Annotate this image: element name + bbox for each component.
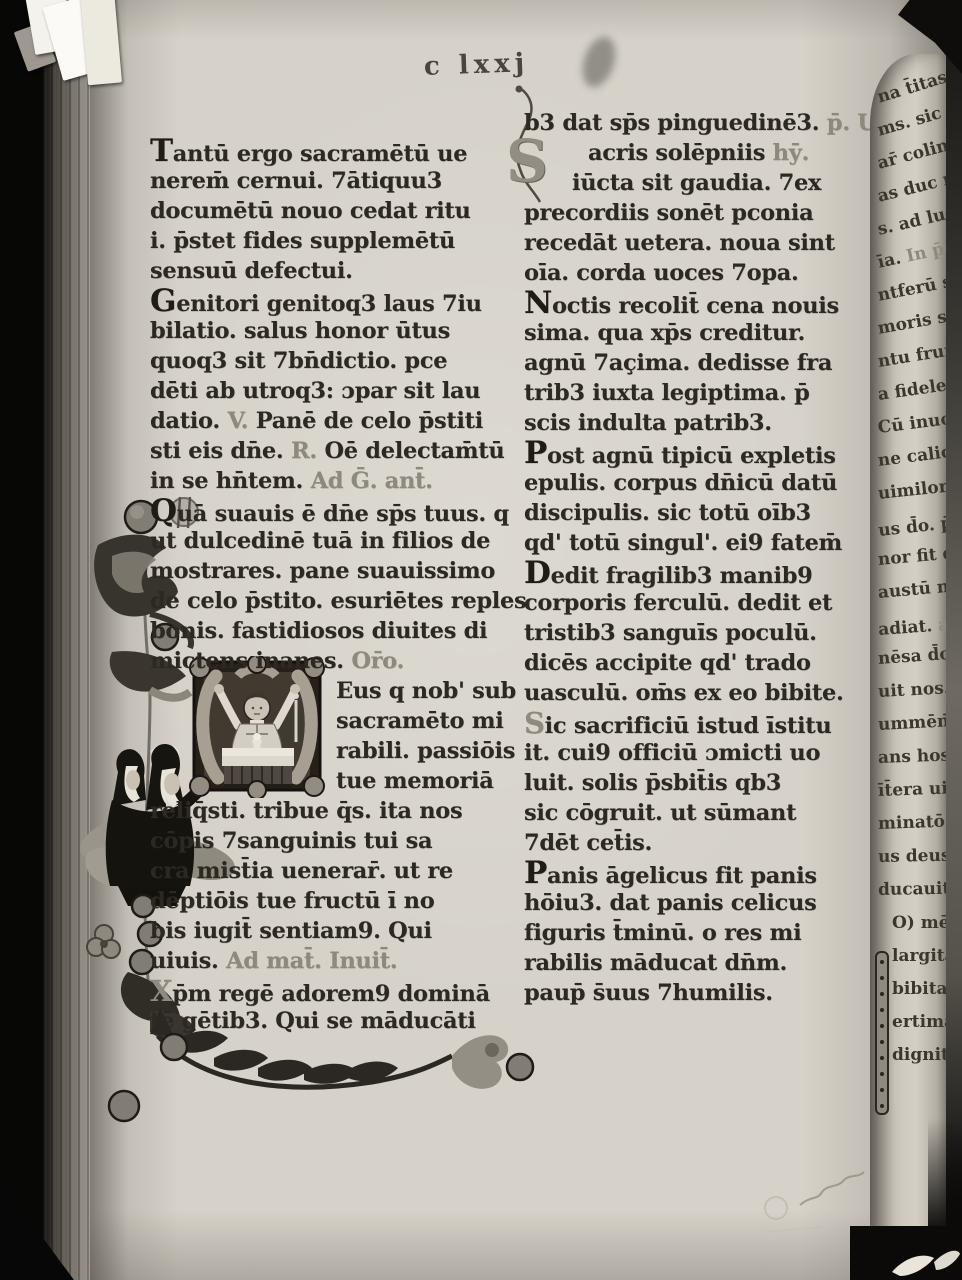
- text-line: ut dulcedinē tuā in filios de: [150, 526, 514, 556]
- text-line: datio. V. Panē de celo p̄stiti: [150, 406, 514, 436]
- text-line: luit. solis p̄sbit̄is qb3: [524, 768, 886, 798]
- manuscript-photo: c lxxj: [0, 0, 962, 1280]
- text-line: rabilis māducat dn̄m.: [524, 948, 886, 978]
- text-line: rabili. passiōis: [150, 736, 514, 766]
- photo-right-edge: [946, 0, 962, 1280]
- text-line: corporis ferculū. dedit et: [524, 588, 886, 618]
- text-line: Eus q nob' sub: [150, 676, 514, 706]
- text-line: Panis āgelicus fit panis: [524, 858, 886, 888]
- text-line: Xp̄m regē adorem9 dominā: [150, 976, 514, 1006]
- folio-number: c lxxj: [424, 48, 530, 82]
- trefoil-flower: [87, 925, 120, 958]
- text-line: sacramēto mi: [150, 706, 514, 736]
- text-line: b3 dat sp̄s pinguedinē3. p̄. Uēi.: [524, 108, 886, 138]
- text-line: 7dēt cet̄is.: [524, 828, 886, 858]
- text-line: Sacris solēpniis hȳ.: [524, 138, 886, 168]
- text-line: reliq̄sti. tribue q̄s. ita nos: [150, 796, 514, 826]
- right-column: b3 dat sp̄s pinguedinē3. p̄. Uēi.Sacris …: [524, 108, 886, 1008]
- text-line: i. p̄stet fides supplemētū: [150, 226, 514, 256]
- text-line: scis indulta patrib3.: [524, 408, 886, 438]
- edge-initial-bar: [872, 948, 898, 1120]
- text-line: figuris t̄minū. o res mi: [524, 918, 886, 948]
- text-line: dicēs accipite qd' trado: [524, 648, 886, 678]
- text-line: recedāt uetera. noua sint: [524, 228, 886, 258]
- text-line: Genitori genitoq3 laus 7iu: [150, 286, 514, 316]
- left-column: Tantū ergo sacramētū uenerem̄ cernui. 7ā…: [150, 136, 514, 1036]
- text-line: precordiis sonēt pconia: [524, 198, 886, 228]
- text-line: Quā suauis ē dn̄e sp̄s tuus. q: [150, 496, 514, 526]
- text-line: de celo p̄stito. esuriētes reples: [150, 586, 514, 616]
- text-line: sensuū defectui.: [150, 256, 514, 286]
- text-line: Noctis recolit̄ cena nouis: [524, 288, 886, 318]
- text-line: trib3 iuxta legiptima. p̄: [524, 378, 886, 408]
- text-line: quoq3 sit 7bn̄dictio. pce: [150, 346, 514, 376]
- text-line: iūcta sit gaudia. 7ex: [524, 168, 886, 198]
- text-line: hōiu3. dat panis celicus: [524, 888, 886, 918]
- text-line: paup̄ s̄uus 7humilis.: [524, 978, 886, 1008]
- pencil-inscription: [740, 1150, 940, 1250]
- text-line: discipulis. sic totū oīb3: [524, 498, 886, 528]
- text-line: nerem̄ cernui. 7ātiquu3: [150, 166, 514, 196]
- text-line: bonis. fastidiosos diuites di: [150, 616, 514, 646]
- text-line: documētū nouo cedat ritu: [150, 196, 514, 226]
- text-line: mictens inanes. Or̄o.: [150, 646, 514, 676]
- text-line: tē gētib3. Qui se māducāti: [150, 1006, 514, 1036]
- text-line: bis iugit̄ sentiam9. Qui: [150, 916, 514, 946]
- text-line: uiuis. Ad mat̄. Inuit̄.: [150, 946, 514, 976]
- text-line: uasculū. om̄s ex eo bibite.: [524, 678, 886, 708]
- text-line: Tantū ergo sacramētū ue: [150, 136, 514, 166]
- text-line: tue memoriā: [150, 766, 514, 796]
- paper-tab: [80, 0, 122, 85]
- text-line: oīa. corda uoces 7opa.: [524, 258, 886, 288]
- text-line: sima. qua xp̄s creditur.: [524, 318, 886, 348]
- text-line: epulis. corpus dn̄icū datū: [524, 468, 886, 498]
- text-line: dēti ab utroq3: ɔpar sit lau: [150, 376, 514, 406]
- text-line: bilatio. salus honor ūtus: [150, 316, 514, 346]
- text-line: sti eis dn̄e. R. Oē delectam̄tū: [150, 436, 514, 466]
- text-line: Post agnū tipicū expletis: [524, 438, 886, 468]
- text-line: sic cōgruit. ut sūmant: [524, 798, 886, 828]
- text-line: Sic sacrificiū istud īstitu: [524, 708, 886, 738]
- text-line: Dedit fragilib3 manib9: [524, 558, 886, 588]
- text-line: cōpis 7sanguinis tui sa: [150, 826, 514, 856]
- text-line: mostrares. pane suauissimo: [150, 556, 514, 586]
- text-line: dēptiōis tue fructū ī no: [150, 886, 514, 916]
- text-line: cra mist̄ia uenerar̄. ut re: [150, 856, 514, 886]
- text-line: it. cui9 officiū ɔmicti uo: [524, 738, 886, 768]
- text-line: tristib3 sanguīs poculū.: [524, 618, 886, 648]
- text-line: in se hn̄tem. Ad Ḡ. ant̄.: [150, 466, 514, 496]
- photo-left-edge: [0, 0, 44, 1280]
- text-line: agnū 7açima. dedisse fra: [524, 348, 886, 378]
- text-line: qd' totū singul'. ei9 fatem̄: [524, 528, 886, 558]
